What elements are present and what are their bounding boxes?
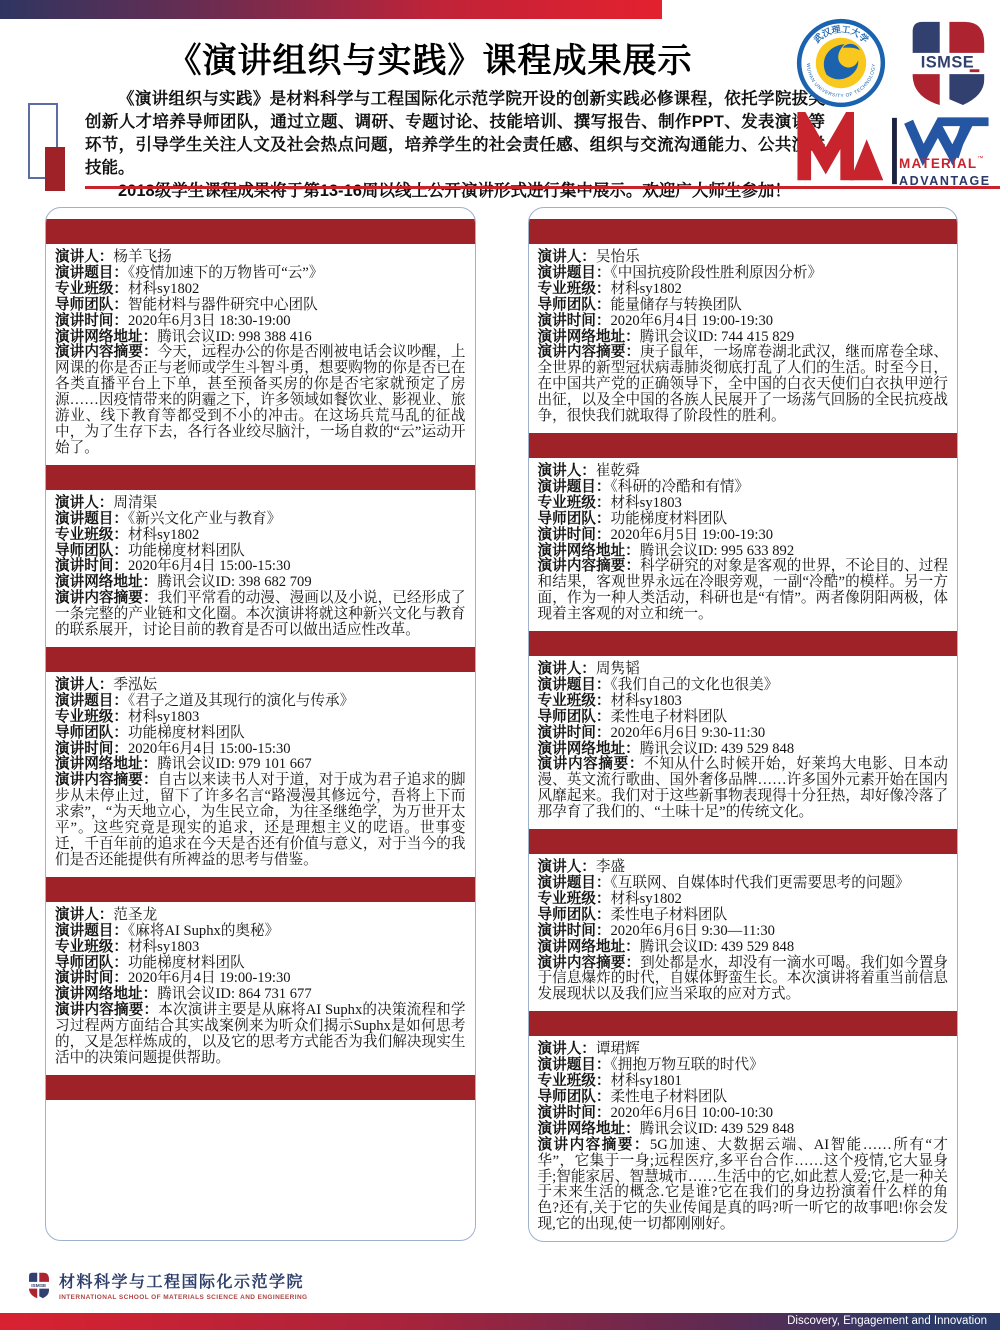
field-label-address: 演讲网络地址：: [538, 329, 640, 345]
deco-rect-solid: [45, 147, 65, 191]
field-label-time: 演讲时间：: [538, 1105, 611, 1121]
field-label-time: 演讲时间：: [538, 923, 611, 939]
card-header-bar: [529, 219, 958, 244]
meeting-address: 腾讯会议ID: 998 388 416: [157, 329, 311, 345]
footer-brand: ISMSE 材料科学与工程国际化示范学院 INTERNATIONAL SCHOO…: [27, 1269, 308, 1301]
meeting-address: 腾讯会议ID: 439 529 848: [640, 939, 794, 955]
speech-column-right: 演讲人：吴怡乐 演讲题目：《中国抗疫阶段性胜利原因分析》 专业班级：材科sy18…: [528, 207, 959, 1242]
field-label-time: 演讲时间：: [55, 558, 128, 574]
material-advantage-text: MATERIAL™ ADVANTAGE: [899, 156, 991, 190]
speech-time: 2020年6月5日 19:00-19:30: [610, 527, 773, 543]
field-label-address: 演讲网络地址：: [55, 329, 157, 345]
card-body: 演讲人：李盛 演讲题目：《互联网、自媒体时代我们更需要思考的问题》 专业班级：材…: [529, 854, 958, 1011]
field-label-class: 专业班级：: [538, 1073, 611, 1089]
bottom-gradient-bar: Discovery, Engagement and Innovation: [0, 1313, 1000, 1330]
field-label-address: 演讲网络地址：: [538, 741, 640, 757]
field-label-time: 演讲时间：: [538, 313, 611, 329]
field-label-abstract: 演讲内容摘要：: [55, 772, 158, 788]
field-label-topic: 演讲题目：: [55, 265, 128, 281]
card-body: 演讲人：吴怡乐 演讲题目：《中国抗疫阶段性胜利原因分析》 专业班级：材科sy18…: [529, 244, 958, 433]
card-header-bar: [46, 647, 475, 672]
top-gradient-bar: [0, 0, 662, 19]
speech-columns: 演讲人：杨羊飞扬 演讲题目：《疫情加速下的万物皆可“云”》 专业班级：材科sy1…: [45, 207, 958, 1242]
field-label-team: 导师团队：: [538, 511, 611, 527]
speech-time: 2020年6月4日 19:00-19:30: [128, 970, 291, 986]
material-advantage-logo: MATERIAL™ ADVANTAGE: [795, 112, 991, 190]
speaker-name: 周隽韬: [596, 661, 640, 677]
speech-card: 演讲人：范圣龙 演讲题目：《麻将AI Suphx的奥秘》 专业班级：材科sy18…: [46, 877, 475, 1075]
field-label-abstract: 演讲内容摘要：: [538, 558, 641, 574]
speech-topic: 《疫情加速下的万物皆可“云”》: [128, 265, 323, 281]
footer-ismse-logo: ISMSE: [27, 1272, 50, 1299]
field-label-class: 专业班级：: [55, 939, 128, 955]
field-label-abstract: 演讲内容摘要：: [55, 344, 158, 360]
speech-card: 演讲人：周清渠 演讲题目：《新兴文化产业与教育》 专业班级：材科sy1802 导…: [46, 465, 475, 647]
field-label-abstract: 演讲内容摘要：: [55, 590, 158, 606]
field-label-class: 专业班级：: [55, 281, 128, 297]
speech-card: 演讲人：吴怡乐 演讲题目：《中国抗疫阶段性胜利原因分析》 专业班级：材科sy18…: [529, 219, 958, 433]
card-body: 演讲人：谭珺辉 演讲题目：《拥抱万物互联的时代》 专业班级：材科sy1801 导…: [529, 1036, 958, 1241]
page-title: 《演讲组织与实践》课程成果展示: [60, 33, 800, 82]
meeting-address: 腾讯会议ID: 979 101 667: [157, 756, 311, 772]
meeting-address: 腾讯会议ID: 439 529 848: [640, 741, 794, 757]
speech-time: 2020年6月4日 15:00-15:30: [128, 741, 291, 757]
mentor-team: 功能梯度材料团队: [128, 543, 245, 559]
field-label-time: 演讲时间：: [538, 725, 611, 741]
field-label-speaker: 演讲人：: [55, 249, 113, 265]
field-label-class: 专业班级：: [55, 527, 128, 543]
speech-topic: 《中国抗疫阶段性胜利原因分析》: [610, 265, 822, 281]
field-label-speaker: 演讲人：: [538, 661, 596, 677]
field-label-class: 专业班级：: [538, 693, 611, 709]
mentor-team: 功能梯度材料团队: [128, 725, 245, 741]
field-label-time: 演讲时间：: [55, 313, 128, 329]
field-label-topic: 演讲题目：: [538, 677, 611, 693]
card-body: 演讲人：季泓妘 演讲题目：《君子之道及其现行的演化与传承》 专业班级：材科sy1…: [46, 672, 475, 877]
field-label-address: 演讲网络地址：: [55, 756, 157, 772]
class-name: 材科sy1803: [128, 939, 199, 955]
speech-card: 演讲人：杨羊飞扬 演讲题目：《疫情加速下的万物皆可“云”》 专业班级：材科sy1…: [46, 219, 475, 465]
speaker-name: 周清渠: [113, 495, 157, 511]
card-header-bar: [46, 465, 475, 490]
field-label-team: 导师团队：: [538, 709, 611, 725]
mentor-team: 智能材料与器件研究中心团队: [128, 297, 318, 313]
speech-time: 2020年6月6日 9:30—11:30: [610, 923, 774, 939]
card-body: 演讲人：崔乾舜 演讲题目：《科研的冷酷和有情》 专业班级：材科sy1803 导师…: [529, 458, 958, 631]
speech-time: 2020年6月3日 18:30-19:00: [128, 313, 291, 329]
field-label-abstract: 演讲内容摘要：: [538, 955, 641, 971]
class-name: 材科sy1803: [610, 495, 681, 511]
footer-school-names: 材料科学与工程国际化示范学院 INTERNATIONAL SCHOOL OF M…: [59, 1269, 308, 1301]
speech-column-left: 演讲人：杨羊飞扬 演讲题目：《疫情加速下的万物皆可“云”》 专业班级：材科sy1…: [45, 207, 476, 1241]
speech-time: 2020年6月6日 10:00-10:30: [610, 1105, 773, 1121]
speech-card: 演讲人：季泓妘 演讲题目：《君子之道及其现行的演化与传承》 专业班级：材科sy1…: [46, 647, 475, 877]
speech-topic: 《麻将AI Suphx的奥秘》: [128, 923, 279, 939]
speaker-name: 谭珺辉: [596, 1041, 640, 1057]
field-label-team: 导师团队：: [55, 543, 128, 559]
card-header-bar: [46, 877, 475, 902]
school-name-en: INTERNATIONAL SCHOOL OF MATERIALS SCIENC…: [59, 1294, 308, 1301]
intro-paragraph-2: 2018级学生课程成果将于第13-16周以线上公开演讲形式进行集中展示。欢迎广大…: [85, 180, 825, 203]
field-label-time: 演讲时间：: [55, 970, 128, 986]
meeting-address: 腾讯会议ID: 864 731 677: [157, 986, 311, 1002]
footer-ismse-logo-text: ISMSE: [31, 1283, 47, 1289]
speech-card: 演讲人：崔乾舜 演讲题目：《科研的冷酷和有情》 专业班级：材科sy1803 导师…: [529, 433, 958, 631]
field-label-team: 导师团队：: [538, 907, 611, 923]
speaker-name: 范圣龙: [113, 907, 157, 923]
speech-time: 2020年6月4日 15:00-15:30: [128, 558, 291, 574]
field-label-time: 演讲时间：: [538, 527, 611, 543]
field-label-address: 演讲网络地址：: [55, 986, 157, 1002]
field-label-class: 专业班级：: [55, 709, 128, 725]
card-body: 演讲人：周隽韬 演讲题目：《我们自己的文化也很美》 专业班级：材科sy1803 …: [529, 656, 958, 829]
mentor-team: 功能梯度材料团队: [610, 511, 727, 527]
speech-time: 2020年6月4日 19:00-19:30: [610, 313, 773, 329]
field-label-class: 专业班级：: [538, 281, 611, 297]
field-label-class: 专业班级：: [538, 495, 611, 511]
mentor-team: 柔性电子材料团队: [610, 907, 727, 923]
speech-abstract: 今天，远程办公的你是否刚被电话会议吵醒，上网课的你是否正与老师或学生斗智斗勇，想…: [55, 344, 466, 455]
field-label-speaker: 演讲人：: [538, 1041, 596, 1057]
speaker-name: 崔乾舜: [596, 463, 640, 479]
card-header-bar: [46, 219, 475, 244]
card-header-bar: [529, 631, 958, 656]
advantage-label: ADVANTAGE: [899, 174, 991, 188]
card-body: 演讲人：周清渠 演讲题目：《新兴文化产业与教育》 专业班级：材科sy1802 导…: [46, 490, 475, 647]
field-label-team: 导师团队：: [538, 297, 611, 313]
field-label-topic: 演讲题目：: [538, 1057, 611, 1073]
school-name-cn: 材料科学与工程国际化示范学院: [59, 1269, 308, 1292]
field-label-speaker: 演讲人：: [538, 859, 596, 875]
speaker-name: 杨羊飞扬: [113, 249, 171, 265]
material-label: MATERIAL: [899, 156, 977, 171]
ismse-logo-text: ISMSE: [921, 53, 975, 71]
field-label-topic: 演讲题目：: [55, 693, 128, 709]
mentor-team: 柔性电子材料团队: [610, 709, 727, 725]
field-label-abstract: 演讲内容摘要：: [538, 756, 645, 772]
class-name: 材科sy1802: [610, 281, 681, 297]
field-label-topic: 演讲题目：: [55, 511, 128, 527]
class-name: 材科sy1801: [610, 1073, 681, 1089]
field-label-address: 演讲网络地址：: [538, 1121, 640, 1137]
class-name: 材科sy1803: [610, 693, 681, 709]
speaker-name: 李盛: [596, 859, 625, 875]
intro-paragraph-1: 《演讲组织与实践》是材料科学与工程国际化示范学院开设的创新实践必修课程，依托学院…: [85, 88, 825, 180]
speech-topic: 《新兴文化产业与教育》: [128, 511, 281, 527]
mentor-team: 功能梯度材料团队: [128, 955, 245, 971]
speech-topic: 《科研的冷酷和有情》: [610, 479, 749, 495]
field-label-team: 导师团队：: [55, 297, 128, 313]
field-label-topic: 演讲题目：: [538, 265, 611, 281]
field-label-team: 导师团队：: [55, 955, 128, 971]
meeting-address: 腾讯会议ID: 995 633 892: [640, 543, 794, 559]
slogan-text: Discovery, Engagement and Innovation: [787, 1315, 987, 1327]
field-label-speaker: 演讲人：: [55, 907, 113, 923]
field-label-address: 演讲网络地址：: [538, 543, 640, 559]
speech-topic: 《拥抱万物互联的时代》: [610, 1057, 763, 1073]
field-label-address: 演讲网络地址：: [55, 574, 157, 590]
field-label-team: 导师团队：: [55, 725, 128, 741]
speech-time: 2020年6月6日 9:30-11:30: [610, 725, 765, 741]
meeting-address: 腾讯会议ID: 398 682 709: [157, 574, 311, 590]
field-label-topic: 演讲题目：: [538, 479, 611, 495]
field-label-class: 专业班级：: [538, 891, 611, 907]
speech-card: 演讲人：周隽韬 演讲题目：《我们自己的文化也很美》 专业班级：材科sy1803 …: [529, 631, 958, 829]
class-name: 材科sy1802: [128, 281, 199, 297]
ismse-logo: ISMSE: [903, 17, 990, 108]
field-label-abstract: 演讲内容摘要：: [55, 1002, 158, 1018]
field-label-speaker: 演讲人：: [55, 677, 113, 693]
card-header-bar: [529, 1011, 958, 1036]
speech-topic: 《我们自己的文化也很美》: [610, 677, 778, 693]
field-label-topic: 演讲题目：: [538, 875, 611, 891]
card-header-bar: [529, 829, 958, 854]
trailing-divider-bar: [46, 1075, 475, 1100]
meeting-address: 腾讯会议ID: 439 529 848: [640, 1121, 794, 1137]
meeting-address: 腾讯会议ID: 744 415 829: [640, 329, 794, 345]
field-label-address: 演讲网络地址：: [538, 939, 640, 955]
field-label-abstract: 演讲内容摘要：: [538, 344, 641, 360]
speaker-name: 季泓妘: [113, 677, 157, 693]
speaker-name: 吴怡乐: [596, 249, 640, 265]
field-label-speaker: 演讲人：: [538, 249, 596, 265]
wut-university-logo: 武汉理工大学 WUHAN UNIVERSITY OF TECHNOLOGY: [796, 18, 886, 108]
field-label-topic: 演讲题目：: [55, 923, 128, 939]
class-name: 材科sy1802: [610, 891, 681, 907]
speech-topic: 《君子之道及其现行的演化与传承》: [128, 693, 354, 709]
field-label-team: 导师团队：: [538, 1089, 611, 1105]
field-label-speaker: 演讲人：: [538, 463, 596, 479]
class-name: 材科sy1803: [128, 709, 199, 725]
field-label-time: 演讲时间：: [55, 741, 128, 757]
mentor-team: 能量储存与转换团队: [610, 297, 741, 313]
field-label-abstract: 演讲内容摘要：: [538, 1137, 650, 1153]
speech-card: 演讲人：谭珺辉 演讲题目：《拥抱万物互联的时代》 专业班级：材科sy1801 导…: [529, 1011, 958, 1241]
speech-topic: 《互联网、自媒体时代我们更需要思考的问题》: [610, 875, 909, 891]
trademark-symbol: ™: [977, 156, 983, 162]
field-label-speaker: 演讲人：: [55, 495, 113, 511]
card-body: 演讲人：范圣龙 演讲题目：《麻将AI Suphx的奥秘》 专业班级：材科sy18…: [46, 902, 475, 1075]
mentor-team: 柔性电子材料团队: [610, 1089, 727, 1105]
card-header-bar: [529, 433, 958, 458]
card-body: 演讲人：杨羊飞扬 演讲题目：《疫情加速下的万物皆可“云”》 专业班级：材科sy1…: [46, 244, 475, 465]
speech-card: 演讲人：李盛 演讲题目：《互联网、自媒体时代我们更需要思考的问题》 专业班级：材…: [529, 829, 958, 1011]
class-name: 材科sy1802: [128, 527, 199, 543]
